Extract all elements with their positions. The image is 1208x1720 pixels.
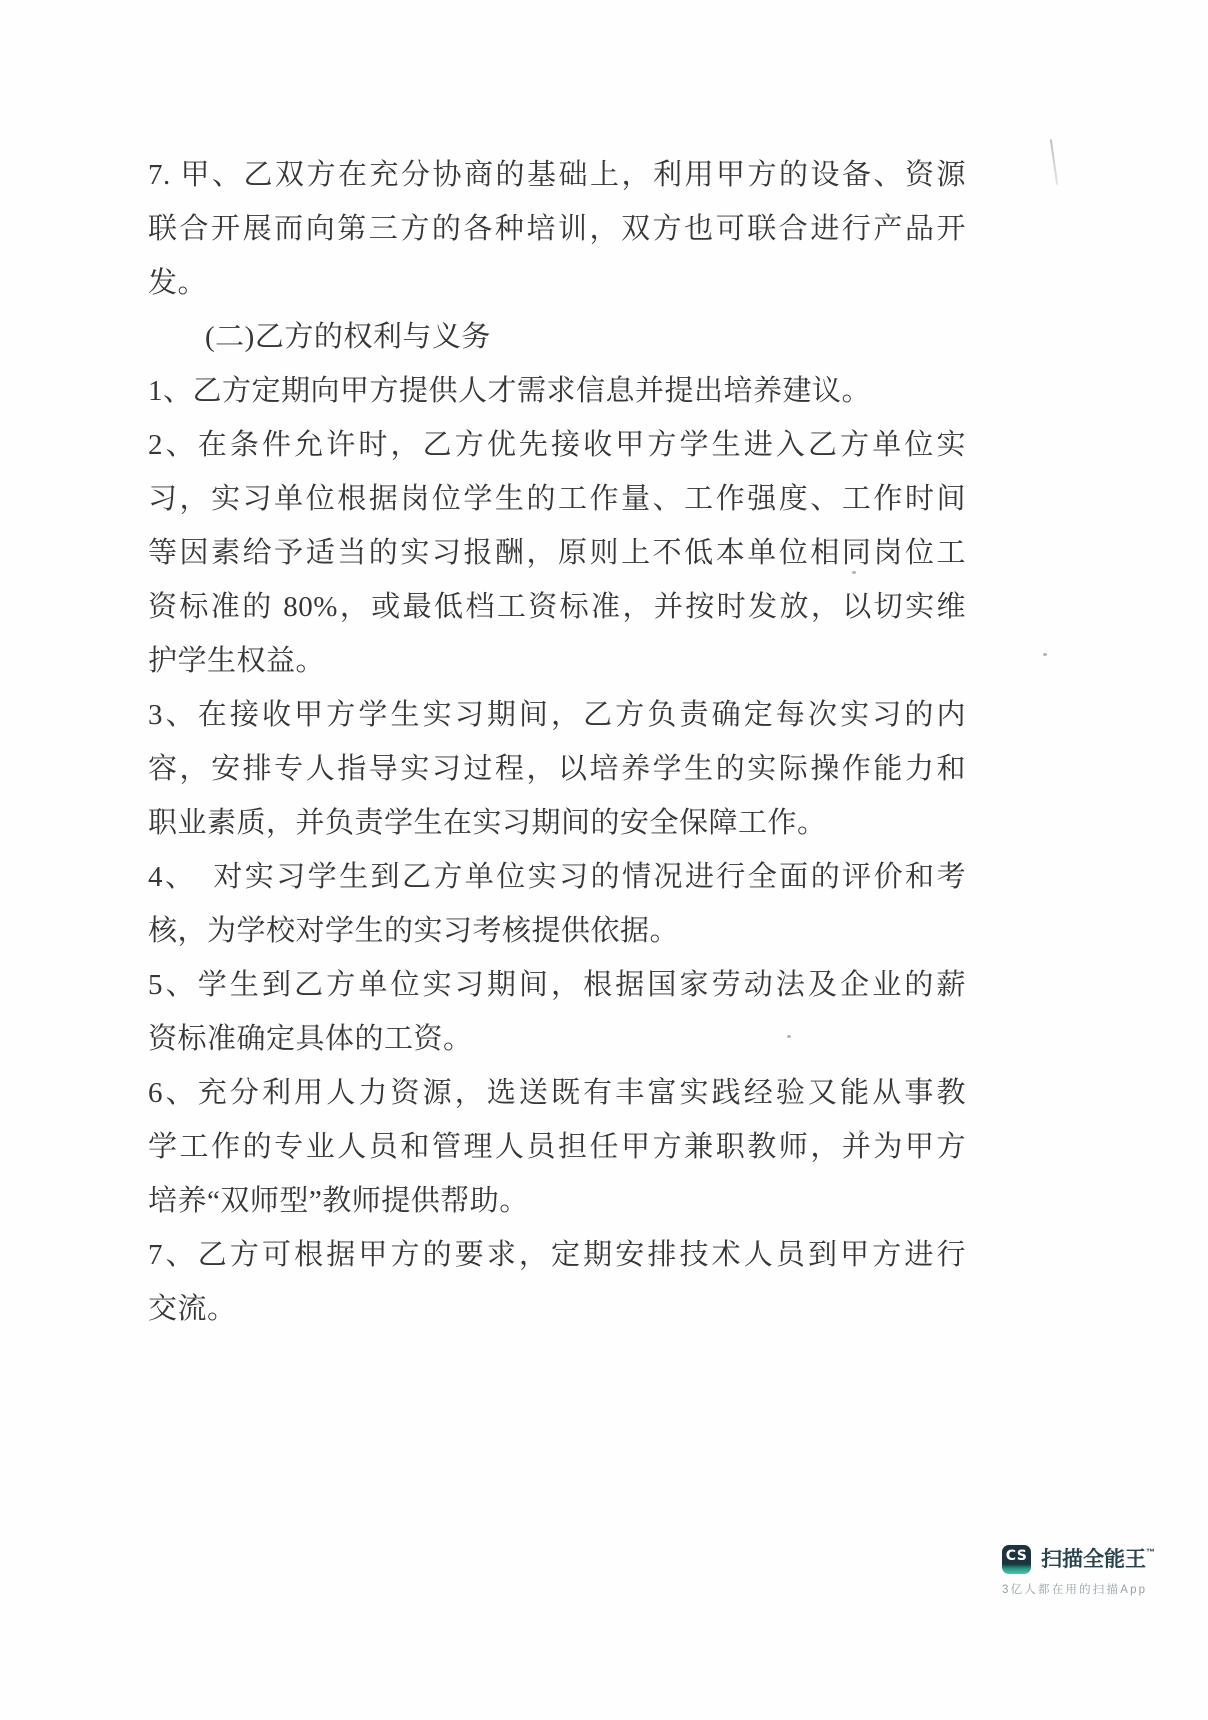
document-line: 7、乙方可根据甲方的要求，定期安排技术人员到甲方进行	[148, 1228, 966, 1282]
scan-speck	[787, 1035, 791, 1038]
camscanner-watermark: CS 扫描全能王™ 3亿人都在用的扫描App	[1002, 1545, 1162, 1597]
document-line: 2、在条件允许时，乙方优先接收甲方学生进入乙方单位实	[148, 418, 966, 472]
document-line: 容，安排专人指导实习过程，以培养学生的实际操作能力和	[148, 742, 966, 796]
document-line: 资标准确定具体的工资。	[148, 1012, 966, 1066]
document-line: 3、在接收甲方学生实习期间，乙方负责确定每次实习的内	[148, 688, 966, 742]
document-line: 联合开展而向第三方的各种培训，双方也可联合进行产品开	[148, 202, 966, 256]
watermark-row: CS 扫描全能王™	[1002, 1545, 1162, 1574]
document-line: 等因素给予适当的实习报酬，原则上不低本单位相同岗位工	[148, 526, 966, 580]
document-line: 1、乙方定期向甲方提供人才需求信息并提出培养建议。	[148, 364, 966, 418]
scan-speck	[1043, 653, 1047, 656]
document-line: 交流。	[148, 1282, 966, 1336]
scanned-document-page: 7. 甲、乙双方在充分协商的基础上，利用甲方的设备、资源联合开展而向第三方的各种…	[0, 0, 1208, 1720]
watermark-app-name: 扫描全能王™	[1041, 1545, 1155, 1574]
document-line: 培养“双师型”教师提供帮助。	[148, 1174, 966, 1228]
document-lines: 7. 甲、乙双方在充分协商的基础上，利用甲方的设备、资源联合开展而向第三方的各种…	[148, 148, 966, 1336]
scan-speck	[852, 571, 856, 574]
camscanner-logo-icon: CS	[1002, 1545, 1031, 1574]
watermark-app-name-text: 扫描全能王	[1041, 1548, 1146, 1571]
watermark-tagline: 3亿人都在用的扫描App	[1002, 1581, 1162, 1597]
scan-speck	[859, 1130, 863, 1133]
document-line: 职业素质，并负责学生在实习期间的安全保障工作。	[148, 796, 966, 850]
document-line: 护学生权益。	[148, 634, 966, 688]
document-line: 核，为学校对学生的实习考核提供依据。	[148, 904, 966, 958]
camscanner-logo-text: CS	[1006, 1548, 1028, 1564]
document-line: 学工作的专业人员和管理人员担任甲方兼职教师，并为甲方	[148, 1120, 966, 1174]
document-line: 4、 对实习学生到乙方单位实习的情况进行全面的评价和考	[148, 850, 966, 904]
document-line: 习，实习单位根据岗位学生的工作量、工作强度、工作时间	[148, 472, 966, 526]
document-line: 7. 甲、乙双方在充分协商的基础上，利用甲方的设备、资源	[148, 148, 966, 202]
document-line: (二)乙方的权利与义务	[148, 310, 966, 364]
document-line: 资标准的 80%，或最低档工资标准，并按时发放，以切实维	[148, 580, 966, 634]
pen-stroke-artifact	[1050, 139, 1058, 185]
document-line: 6、充分利用人力资源，选送既有丰富实践经验又能从事教	[148, 1066, 966, 1120]
document-line: 5、学生到乙方单位实习期间，根据国家劳动法及企业的薪	[148, 958, 966, 1012]
trademark-symbol: ™	[1146, 1547, 1155, 1557]
document-line: 发。	[148, 256, 966, 310]
